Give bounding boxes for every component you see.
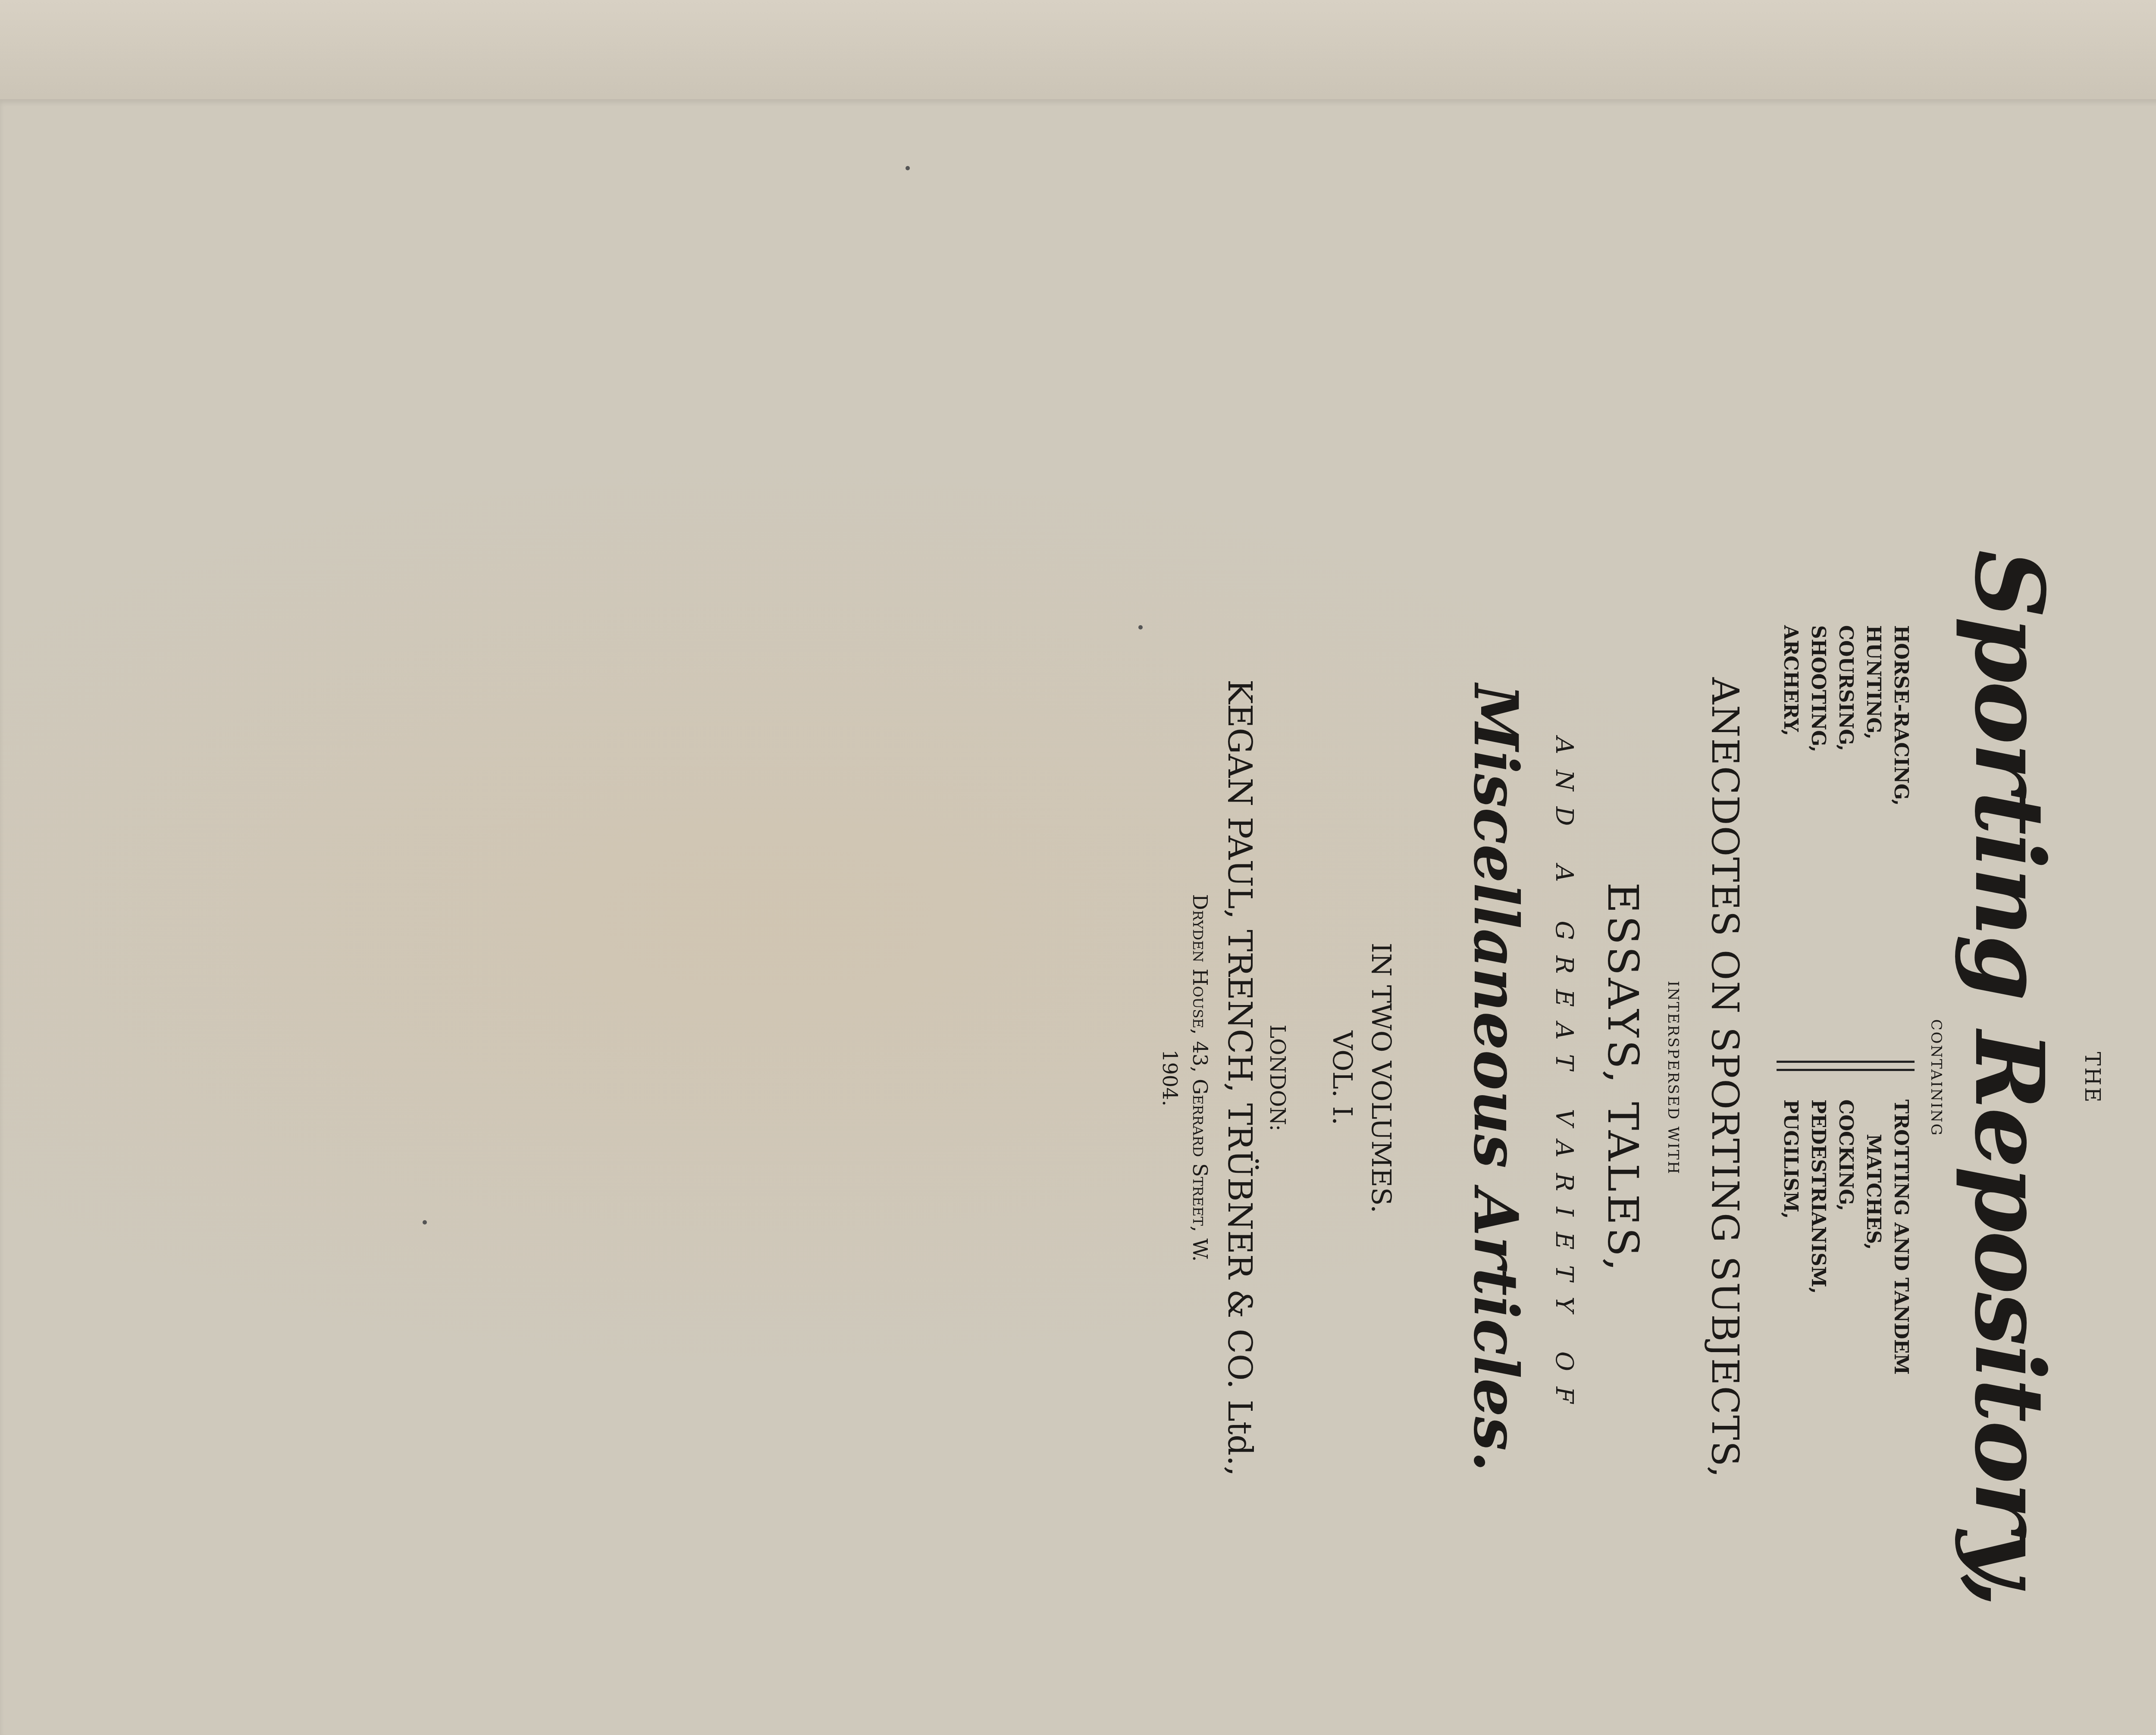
- ink-speck: [423, 1220, 427, 1225]
- publisher-address: Dryden House, 43, Gerrard Street, W.: [1188, 431, 1212, 1725]
- sport-item: MATCHES,: [1859, 1099, 1887, 1531]
- publisher-name: KEGAN PAUL, TRENCH, TRÜBNER & CO. Ltd.,: [1221, 431, 1259, 1725]
- variety-line: AND A GREAT VARIETY OF: [1550, 431, 1578, 1725]
- background-surface: [0, 0, 2156, 103]
- sport-item: ARCHERY,: [1777, 625, 1804, 1013]
- sports-column-left: HORSE-RACING, HUNTING, COURSING, SHOOTIN…: [1777, 625, 1915, 1013]
- volume-number: VOL. I.: [1327, 431, 1358, 1725]
- title-article: THE: [2080, 431, 2104, 1725]
- ink-speck: [1138, 625, 1143, 629]
- sports-column-right: TROTTING AND TANDEM MATCHES, COCKING, PE…: [1777, 1099, 1915, 1531]
- interspersed-label: INTERSPERSED WITH: [1664, 431, 1682, 1725]
- anecdotes-line: ANECDOTES ON SPORTING SUBJECTS,: [1703, 431, 1746, 1725]
- book-title: Sporting Repository,: [1954, 431, 2065, 1725]
- sport-item: SHOOTING,: [1804, 625, 1832, 1013]
- sports-list: HORSE-RACING, HUNTING, COURSING, SHOOTIN…: [1772, 625, 1915, 1531]
- double-rule-divider: [1777, 1061, 1915, 1071]
- sport-item: PUGILISM,: [1777, 1099, 1804, 1531]
- city-label: LONDON:: [1265, 431, 1289, 1725]
- sport-item: TROTTING AND TANDEM: [1887, 1099, 1915, 1531]
- sport-item: COURSING,: [1832, 625, 1859, 1013]
- containing-label: CONTAINING: [1927, 431, 1945, 1725]
- sport-item: HUNTING,: [1859, 625, 1887, 1013]
- miscellaneous-line: Miscellaneous Articles.: [1460, 431, 1531, 1725]
- essays-line: ESSAYS, TALES,: [1598, 431, 1647, 1725]
- sport-item: PEDESTRIANISM,: [1804, 1099, 1832, 1531]
- sport-item: HORSE-RACING,: [1887, 625, 1915, 1013]
- volumes-line: IN TWO VOLUMES.: [1366, 431, 1397, 1725]
- sport-item: COCKING,: [1832, 1099, 1859, 1531]
- ink-speck: [906, 166, 910, 170]
- publication-year: 1904.: [1158, 431, 1181, 1725]
